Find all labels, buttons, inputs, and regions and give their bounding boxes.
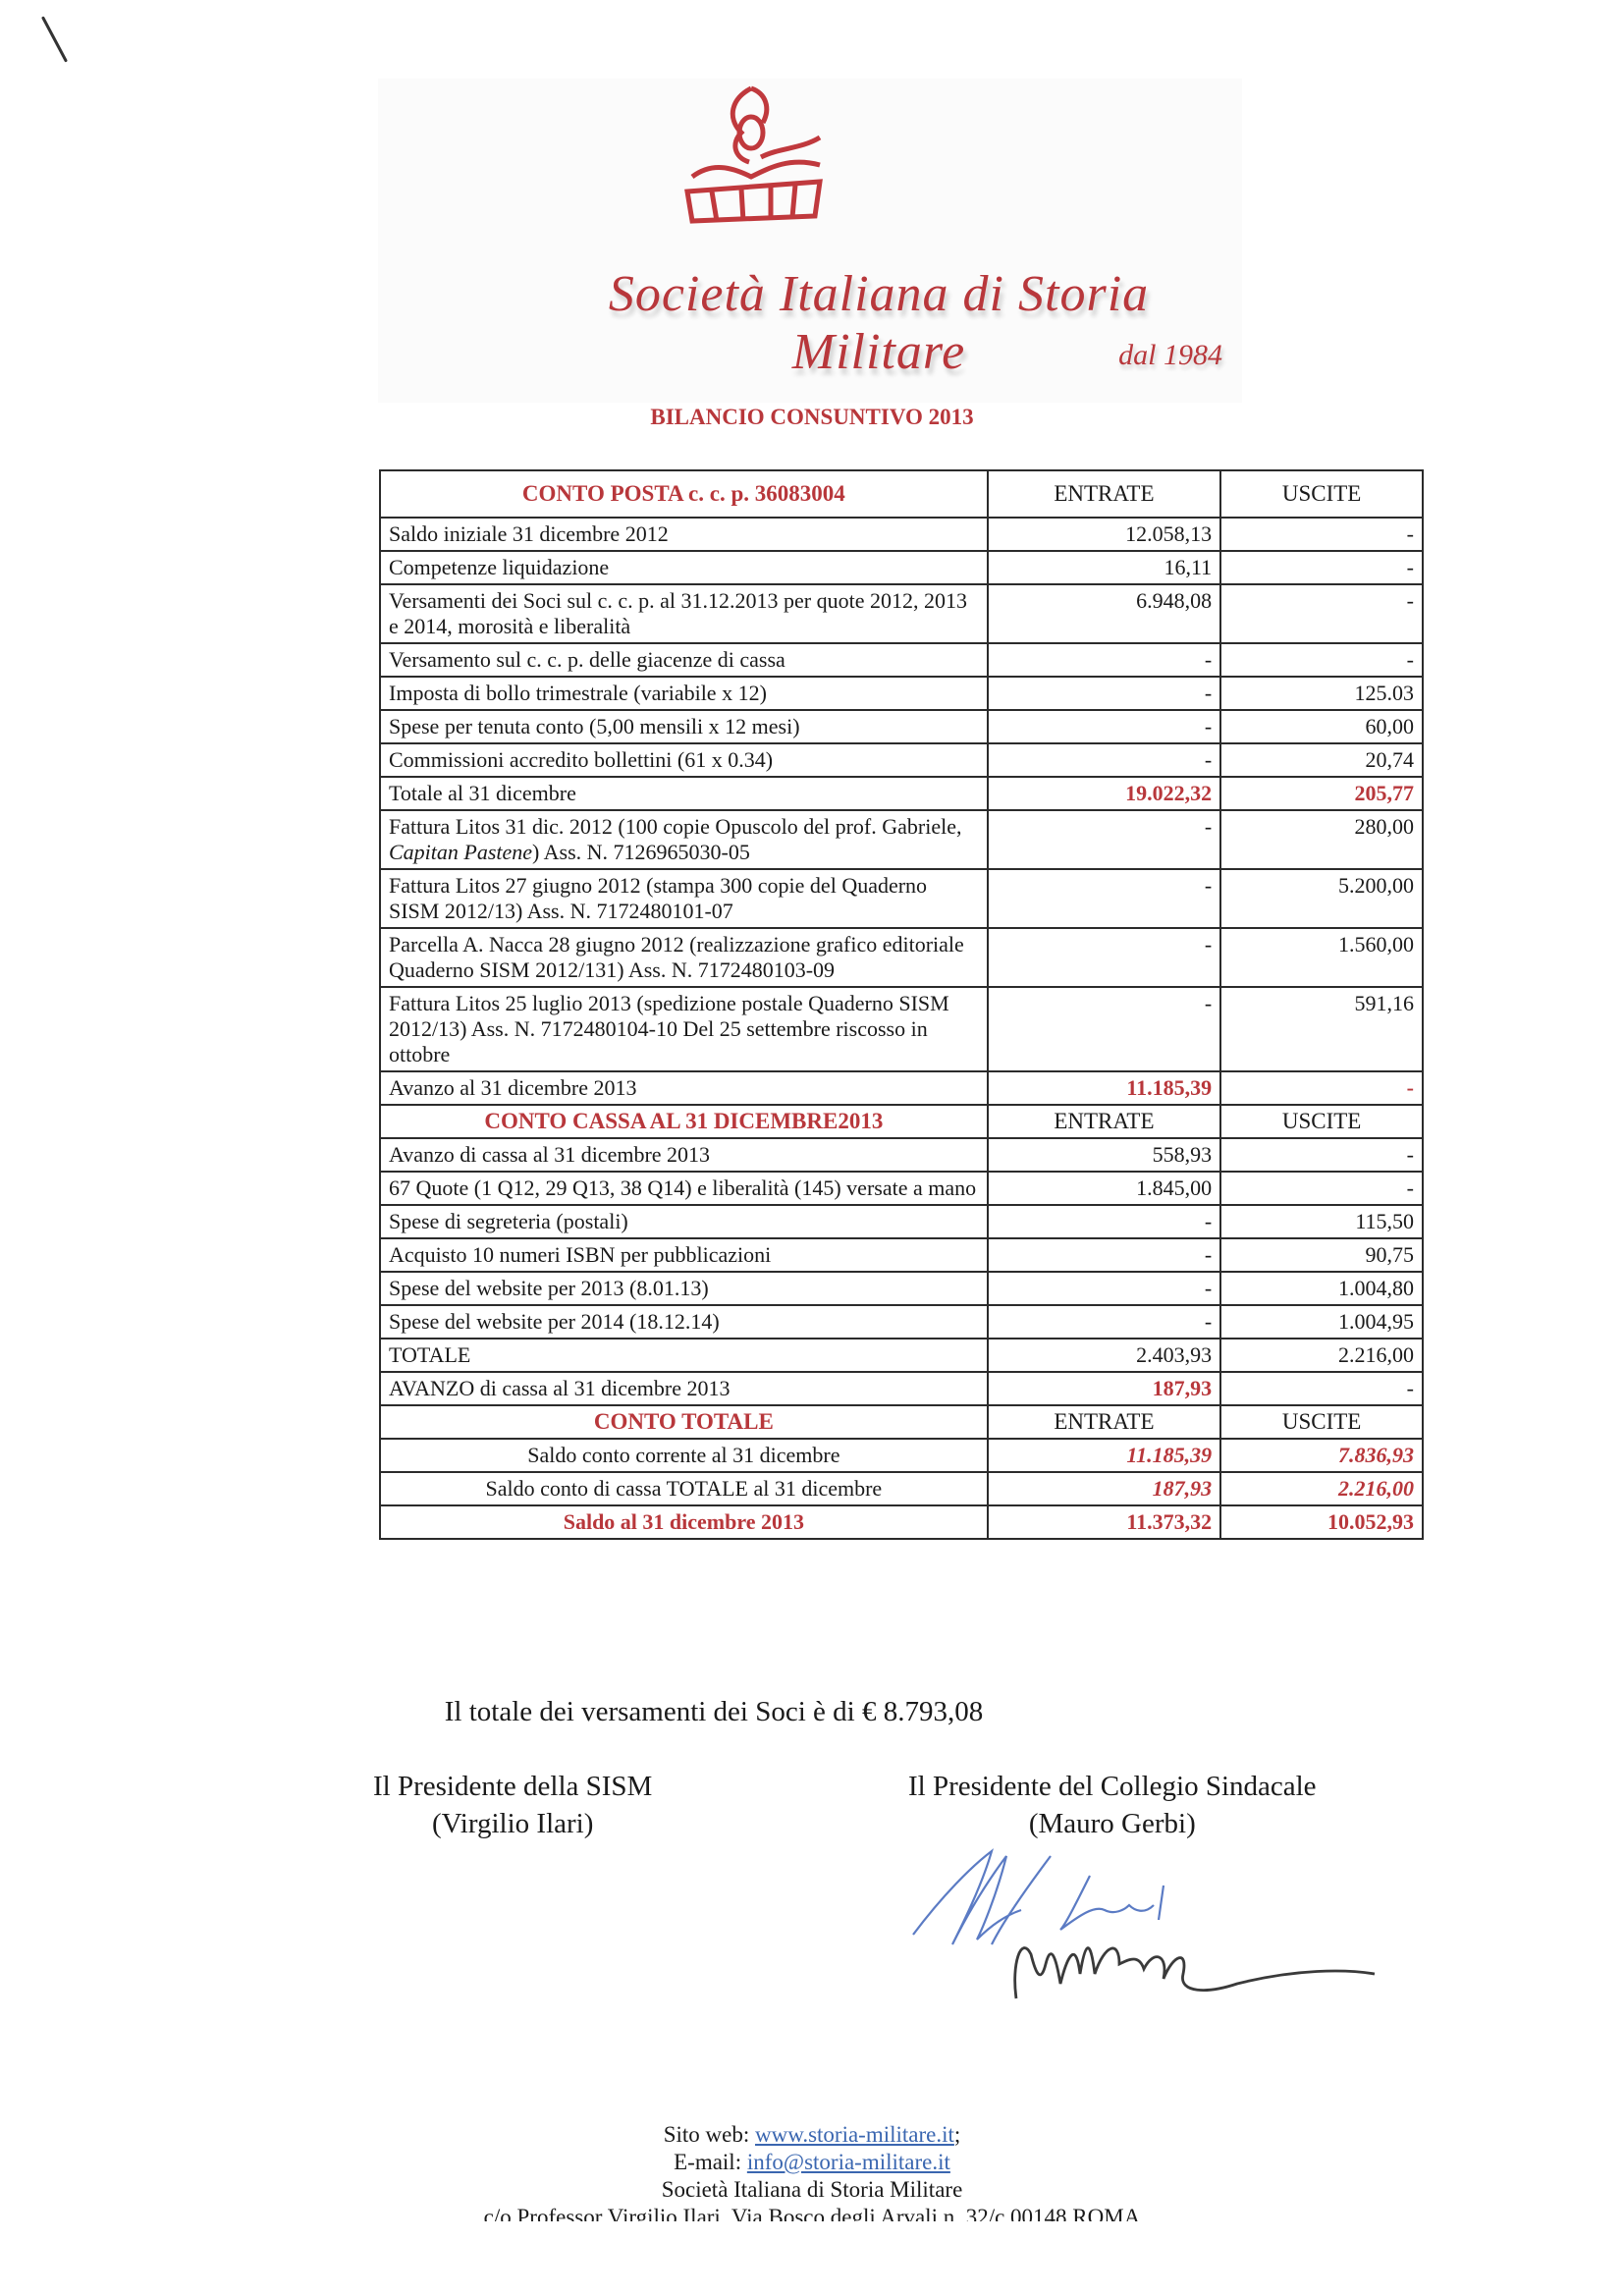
entrate-cell: 6.948,08 xyxy=(988,584,1220,643)
uscite-cell: - xyxy=(1220,1138,1423,1172)
entrate-cell: 16,11 xyxy=(988,551,1220,584)
totale-row: Totale al 31 dicembre19.022,32205,77 xyxy=(380,777,1423,810)
uscite-cell: 2.216,00 xyxy=(1220,1472,1423,1505)
uscite-cell: USCITE xyxy=(1220,470,1423,518)
uscite-cell: - xyxy=(1220,518,1423,551)
uscite-cell: 60,00 xyxy=(1220,710,1423,743)
uscite-cell: 125.03 xyxy=(1220,677,1423,710)
table-row: Spese di segreteria (postali)-115,50 xyxy=(380,1205,1423,1238)
entrate-cell: 187,93 xyxy=(988,1372,1220,1405)
uscite-cell: 1.560,00 xyxy=(1220,928,1423,987)
uscite-cell: - xyxy=(1220,1172,1423,1205)
letterhead: Società Italiana di Storia Militare dal … xyxy=(378,79,1242,403)
table-row: Imposta di bollo trimestrale (variabile … xyxy=(380,677,1423,710)
invoice-row: Fattura Litos 27 giugno 2012 (stampa 300… xyxy=(380,869,1423,928)
uscite-cell: 90,75 xyxy=(1220,1238,1423,1272)
section-header-conto-totale: CONTO TOTALEENTRATEUSCITE xyxy=(380,1405,1423,1439)
row-label: TOTALE xyxy=(380,1339,988,1372)
table-row: Spese del website per 2013 (8.01.13)-1.0… xyxy=(380,1272,1423,1305)
row-label: Spese del website per 2014 (18.12.14) xyxy=(380,1305,988,1339)
entrate-cell: 558,93 xyxy=(988,1138,1220,1172)
uscite-cell: 205,77 xyxy=(1220,777,1423,810)
uscite-cell: - xyxy=(1220,584,1423,643)
table-row: Acquisto 10 numeri ISBN per pubblicazion… xyxy=(380,1238,1423,1272)
entrate-cell: - xyxy=(988,643,1220,677)
signatory-right-role: Il Presidente del Collegio Sindacale xyxy=(908,1768,1317,1805)
saldo-row: Saldo conto di cassa TOTALE al 31 dicemb… xyxy=(380,1472,1423,1505)
invoice-row: Fattura Litos 25 luglio 2013 (spedizione… xyxy=(380,987,1423,1071)
uscite-cell: - xyxy=(1220,551,1423,584)
row-label: Imposta di bollo trimestrale (variabile … xyxy=(380,677,988,710)
row-label: Spese del website per 2013 (8.01.13) xyxy=(380,1272,988,1305)
uscite-cell: - xyxy=(1220,643,1423,677)
entrate-cell: ENTRATE xyxy=(988,1105,1220,1138)
email-link[interactable]: info@storia-militare.it xyxy=(747,2150,950,2174)
uscite-cell: 115,50 xyxy=(1220,1205,1423,1238)
website-link[interactable]: www.storia-militare.it xyxy=(755,2122,954,2147)
entrate-cell: - xyxy=(988,869,1220,928)
row-label: Fattura Litos 27 giugno 2012 (stampa 300… xyxy=(380,869,988,928)
row-label: Spese di segreteria (postali) xyxy=(380,1205,988,1238)
uscite-cell: 280,00 xyxy=(1220,810,1423,869)
entrate-cell: 1.845,00 xyxy=(988,1172,1220,1205)
entrate-cell: - xyxy=(988,1305,1220,1339)
balance-table: CONTO POSTA c. c. p. 36083004ENTRATEUSCI… xyxy=(379,469,1424,1540)
entrate-cell: - xyxy=(988,1272,1220,1305)
entrate-cell: ENTRATE xyxy=(988,1405,1220,1439)
signatory-right: Il Presidente del Collegio Sindacale (Ma… xyxy=(908,1768,1317,1842)
entrate-cell: - xyxy=(988,710,1220,743)
avanzo-row: Avanzo al 31 dicembre 201311.185,39- xyxy=(380,1071,1423,1105)
entrate-cell: - xyxy=(988,677,1220,710)
signatory-left: Il Presidente della SISM (Virgilio Ilari… xyxy=(373,1768,652,1842)
entrate-cell: - xyxy=(988,743,1220,777)
invoice-row: Parcella A. Nacca 28 giugno 2012 (realiz… xyxy=(380,928,1423,987)
row-label: Competenze liquidazione xyxy=(380,551,988,584)
table-row: Spese del website per 2014 (18.12.14)-1.… xyxy=(380,1305,1423,1339)
table-row: Versamenti dei Soci sul c. c. p. al 31.1… xyxy=(380,584,1423,643)
entrate-cell: ENTRATE xyxy=(988,470,1220,518)
uscite-cell: 20,74 xyxy=(1220,743,1423,777)
invoice-row: Fattura Litos 31 dic. 2012 (100 copie Op… xyxy=(380,810,1423,869)
society-emblem-icon xyxy=(673,79,830,246)
row-label: Fattura Litos 31 dic. 2012 (100 copie Op… xyxy=(380,810,988,869)
entrate-cell: 12.058,13 xyxy=(988,518,1220,551)
signatory-left-role: Il Presidente della SISM xyxy=(373,1768,652,1805)
row-label: CONTO TOTALE xyxy=(380,1405,988,1439)
row-label: CONTO POSTA c. c. p. 36083004 xyxy=(380,470,988,518)
table-row: Saldo iniziale 31 dicembre 201212.058,13… xyxy=(380,518,1423,551)
staple-mark xyxy=(41,16,68,62)
section-header-conto-cassa: CONTO CASSA AL 31 DICEMBRE2013ENTRATEUSC… xyxy=(380,1105,1423,1138)
uscite-cell: 5.200,00 xyxy=(1220,869,1423,928)
row-label: Saldo al 31 dicembre 2013 xyxy=(380,1505,988,1539)
entrate-cell: - xyxy=(988,1238,1220,1272)
entrate-cell: 11.373,32 xyxy=(988,1505,1220,1539)
uscite-cell: USCITE xyxy=(1220,1105,1423,1138)
table-row: TOTALE2.403,932.216,00 xyxy=(380,1339,1423,1372)
table-row: 67 Quote (1 Q12, 29 Q13, 38 Q14) e liber… xyxy=(380,1172,1423,1205)
uscite-cell: 10.052,93 xyxy=(1220,1505,1423,1539)
uscite-cell: - xyxy=(1220,1071,1423,1105)
row-label: Parcella A. Nacca 28 giugno 2012 (realiz… xyxy=(380,928,988,987)
footer: Sito web: www.storia-militare.it; E-mail… xyxy=(0,2121,1624,2221)
saldo-final-row: Saldo al 31 dicembre 201311.373,3210.052… xyxy=(380,1505,1423,1539)
row-label: Avanzo al 31 dicembre 2013 xyxy=(380,1071,988,1105)
footer-website-line: Sito web: www.storia-militare.it; xyxy=(0,2121,1624,2149)
table-row: Commissioni accredito bollettini (61 x 0… xyxy=(380,743,1423,777)
table-row: Competenze liquidazione16,11- xyxy=(380,551,1423,584)
row-label: Commissioni accredito bollettini (61 x 0… xyxy=(380,743,988,777)
since-year: dal 1984 xyxy=(1118,339,1222,372)
uscite-cell: 591,16 xyxy=(1220,987,1423,1071)
row-label: Totale al 31 dicembre xyxy=(380,777,988,810)
footer-address: c/o Professor Virgilio Ilari, Via Bosco … xyxy=(0,2204,1624,2221)
document-title: BILANCIO CONSUNTIVO 2013 xyxy=(0,405,1624,430)
entrate-cell: 11.185,39 xyxy=(988,1439,1220,1472)
row-label: Saldo conto corrente al 31 dicembre xyxy=(380,1439,988,1472)
avanzo-cassa-row: AVANZO di cassa al 31 dicembre 2013187,9… xyxy=(380,1372,1423,1405)
uscite-cell: 7.836,93 xyxy=(1220,1439,1423,1472)
entrate-cell: 187,93 xyxy=(988,1472,1220,1505)
row-label: Fattura Litos 25 luglio 2013 (spedizione… xyxy=(380,987,988,1071)
row-label: Avanzo di cassa al 31 dicembre 2013 xyxy=(380,1138,988,1172)
table-row: Avanzo di cassa al 31 dicembre 2013558,9… xyxy=(380,1138,1423,1172)
members-payments-note: Il totale dei versamenti dei Soci è di €… xyxy=(0,1696,1624,1728)
row-label: Acquisto 10 numeri ISBN per pubblicazion… xyxy=(380,1238,988,1272)
entrate-cell: 11.185,39 xyxy=(988,1071,1220,1105)
entrate-cell: - xyxy=(988,928,1220,987)
row-label: Versamenti dei Soci sul c. c. p. al 31.1… xyxy=(380,584,988,643)
uscite-cell: USCITE xyxy=(1220,1405,1423,1439)
uscite-cell: 1.004,80 xyxy=(1220,1272,1423,1305)
row-label: 67 Quote (1 Q12, 29 Q13, 38 Q14) e liber… xyxy=(380,1172,988,1205)
row-label: Versamento sul c. c. p. delle giacenze d… xyxy=(380,643,988,677)
uscite-cell: 2.216,00 xyxy=(1220,1339,1423,1372)
row-label: AVANZO di cassa al 31 dicembre 2013 xyxy=(380,1372,988,1405)
row-label: Saldo conto di cassa TOTALE al 31 dicemb… xyxy=(380,1472,988,1505)
entrate-cell: - xyxy=(988,1205,1220,1238)
row-label: Spese per tenuta conto (5,00 mensili x 1… xyxy=(380,710,988,743)
section-header-conto-posta: CONTO POSTA c. c. p. 36083004ENTRATEUSCI… xyxy=(380,470,1423,518)
uscite-cell: 1.004,95 xyxy=(1220,1305,1423,1339)
entrate-cell: - xyxy=(988,987,1220,1071)
uscite-cell: - xyxy=(1220,1372,1423,1405)
row-label: CONTO CASSA AL 31 DICEMBRE2013 xyxy=(380,1105,988,1138)
entrate-cell: 2.403,93 xyxy=(988,1339,1220,1372)
signatory-left-name: (Virgilio Ilari) xyxy=(373,1805,652,1842)
footer-society: Società Italiana di Storia Militare xyxy=(0,2176,1624,2204)
table-row: Spese per tenuta conto (5,00 mensili x 1… xyxy=(380,710,1423,743)
row-label: Saldo iniziale 31 dicembre 2012 xyxy=(380,518,988,551)
table-row: Versamento sul c. c. p. delle giacenze d… xyxy=(380,643,1423,677)
entrate-cell: - xyxy=(988,810,1220,869)
handwritten-signatures-icon xyxy=(884,1836,1473,2013)
footer-email-line: E-mail: info@storia-militare.it xyxy=(0,2149,1624,2176)
entrate-cell: 19.022,32 xyxy=(988,777,1220,810)
saldo-row: Saldo conto corrente al 31 dicembre11.18… xyxy=(380,1439,1423,1472)
